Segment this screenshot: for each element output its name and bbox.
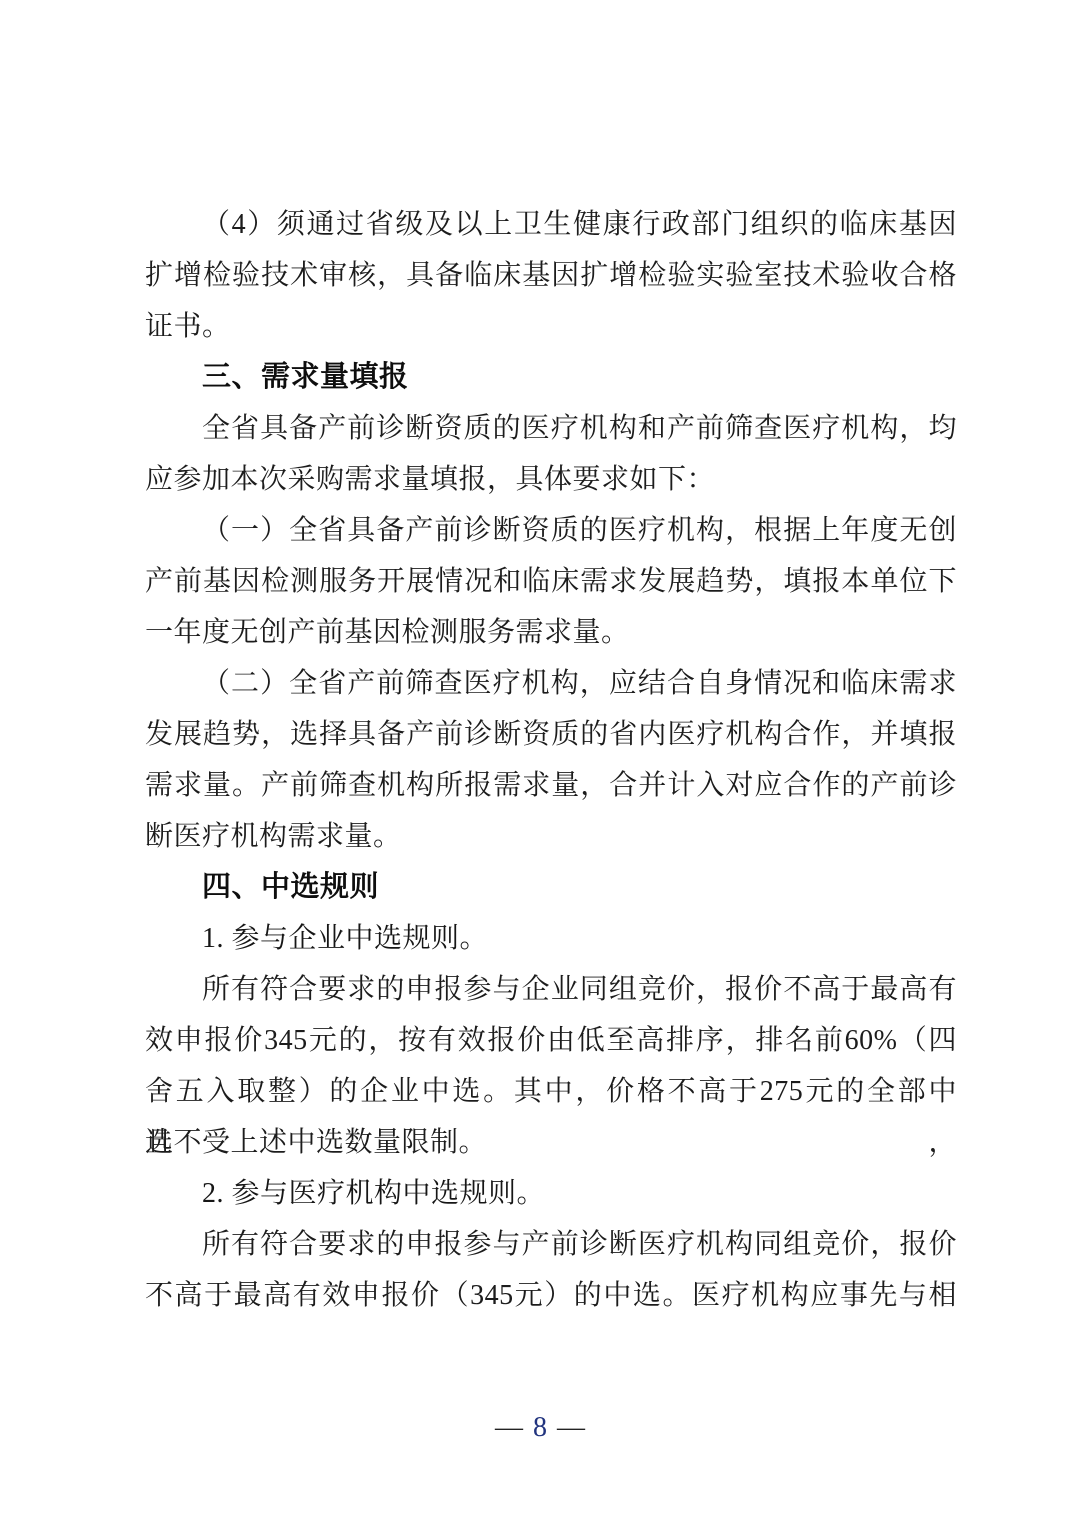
document-content: （4）须通过省级及以上卫生健康行政部门组织的临床基因扩增检验技术审核，具备临床基… — [145, 199, 957, 1321]
body-text-line: 证书。 — [145, 301, 957, 352]
section-heading: 三、需求量填报 — [145, 352, 957, 403]
page-number: 8 — [533, 1412, 547, 1443]
body-text-line: 产前基因检测服务开展情况和临床需求发展趋势，填报本单位下 — [145, 556, 957, 607]
section-heading: 四、中选规则 — [145, 862, 957, 913]
body-text-line: 发展趋势，选择具备产前诊断资质的省内医疗机构合作，并填报 — [145, 709, 957, 760]
document-page: （4）须通过省级及以上卫生健康行政部门组织的临床基因扩增检验技术审核，具备临床基… — [0, 0, 1080, 1526]
footer-dash-right: — — [557, 1412, 585, 1443]
body-text-line: 效申报价345元的，按有效报价由低至高排序，排名前60%（四 — [145, 1015, 957, 1066]
body-text-line: 一年度无创产前基因检测服务需求量。 — [145, 607, 957, 658]
subsection-heading: 1. 参与企业中选规则。 — [145, 913, 957, 964]
body-text-line: 所有符合要求的申报参与产前诊断医疗机构同组竞价，报价 — [145, 1219, 957, 1270]
body-text-line: （一）全省具备产前诊断资质的医疗机构，根据上年度无创 — [145, 505, 957, 556]
body-text-line: 舍五入取整）的企业中选。其中，价格不高于275元的全部中选， — [145, 1066, 957, 1117]
body-text-line: 需求量。产前筛查机构所报需求量，合并计入对应合作的产前诊 — [145, 760, 957, 811]
body-text-line: 扩增检验技术审核，具备临床基因扩增检验实验室技术验收合格 — [145, 250, 957, 301]
body-text-line: 不高于最高有效申报价（345元）的中选。医疗机构应事先与相 — [145, 1270, 957, 1321]
subsection-heading: 2. 参与医疗机构中选规则。 — [145, 1168, 957, 1219]
body-text-line: （二）全省产前筛查医疗机构，应结合自身情况和临床需求 — [145, 658, 957, 709]
page-footer: —8— — [0, 1408, 1080, 1448]
footer-dash-left: — — [495, 1412, 523, 1443]
body-text-line: 全省具备产前诊断资质的医疗机构和产前筛查医疗机构，均 — [145, 403, 957, 454]
body-text-line: 所有符合要求的申报参与企业同组竞价，报价不高于最高有 — [145, 964, 957, 1015]
body-text-line: （4）须通过省级及以上卫生健康行政部门组织的临床基因 — [145, 199, 957, 250]
body-text-line: 应参加本次采购需求量填报，具体要求如下： — [145, 454, 957, 505]
body-text-line: 断医疗机构需求量。 — [145, 811, 957, 862]
